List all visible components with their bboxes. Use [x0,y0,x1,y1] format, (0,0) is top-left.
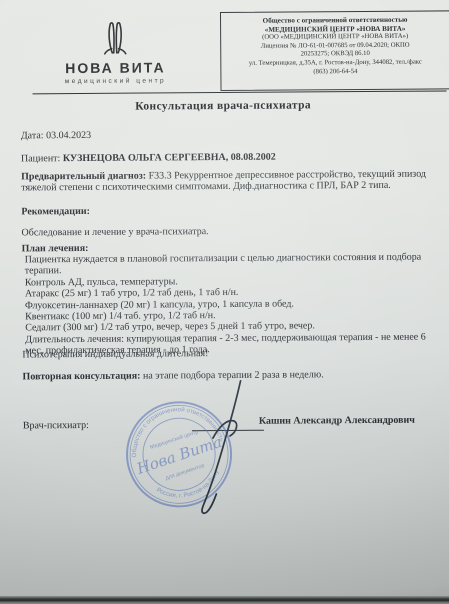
clinic-round-stamp: Общество с ограниченной ответственностью… [108,384,250,526]
patient-value: КУЗНЕЦОВА ОЛЬГА СЕРГЕЕВНА, 08.08.2002 [63,152,276,164]
psychotherapy-note: Психотерапия индивидуальная длительная! [22,347,439,361]
org-line-7: (863) 206-64-54 [224,67,446,77]
document-photo: НОВА ВИТА медицинский центр Общество с о… [0,0,449,604]
doctor-name: Кашин Александр Александрович [259,415,415,427]
org-line-6: ул. Темерницкая, д.35А, г. Ростов-на-Дон… [224,58,446,68]
patient-label: Пациент: [21,153,60,164]
plan-list: Пациентка нуждается в плановой госпитали… [22,252,440,358]
date-value: 03.04.2023 [46,130,91,141]
date-label: Дата: [21,130,44,141]
clinic-subtitle: медицинский центр [50,77,180,85]
clinic-logo: НОВА ВИТА медицинский центр [50,18,180,85]
patient-row: Пациент: КУЗНЕЦОВА ОЛЬГА СЕРГЕЕВНА, 08.0… [21,151,438,165]
doctor-role-label: Врач-психиатр: [23,420,89,431]
followup-label: Повторная консультация: [22,371,140,383]
diagnosis-row: Предварительный диагноз: F33.3 Рекуррент… [21,169,438,195]
photo-bottom-edge [0,596,449,604]
praying-hands-icon [93,19,137,59]
date-row: Дата: 03.04.2023 [21,128,438,142]
recommendations-heading: Рекомендации: [21,204,438,218]
header-divider [33,90,447,94]
followup-text: на этапе подбора терапии 2 раза в неделю… [143,369,324,381]
document-title: Консультация врача-психиатра [0,98,448,113]
consultation-document: НОВА ВИТА медицинский центр Общество с о… [0,0,449,604]
plan-line: Пациентка нуждается в плановой госпитали… [22,252,439,278]
recommendations-text: Обследование и лечение у врача-психиатра… [21,225,438,239]
organization-info-box: Общество с ограниченной ответственностью… [220,10,449,91]
clinic-name: НОВА ВИТА [50,59,180,76]
followup-row: Повторная консультация: на этапе подбора… [22,369,439,383]
diagnosis-label: Предварительный диагноз: [21,171,146,183]
